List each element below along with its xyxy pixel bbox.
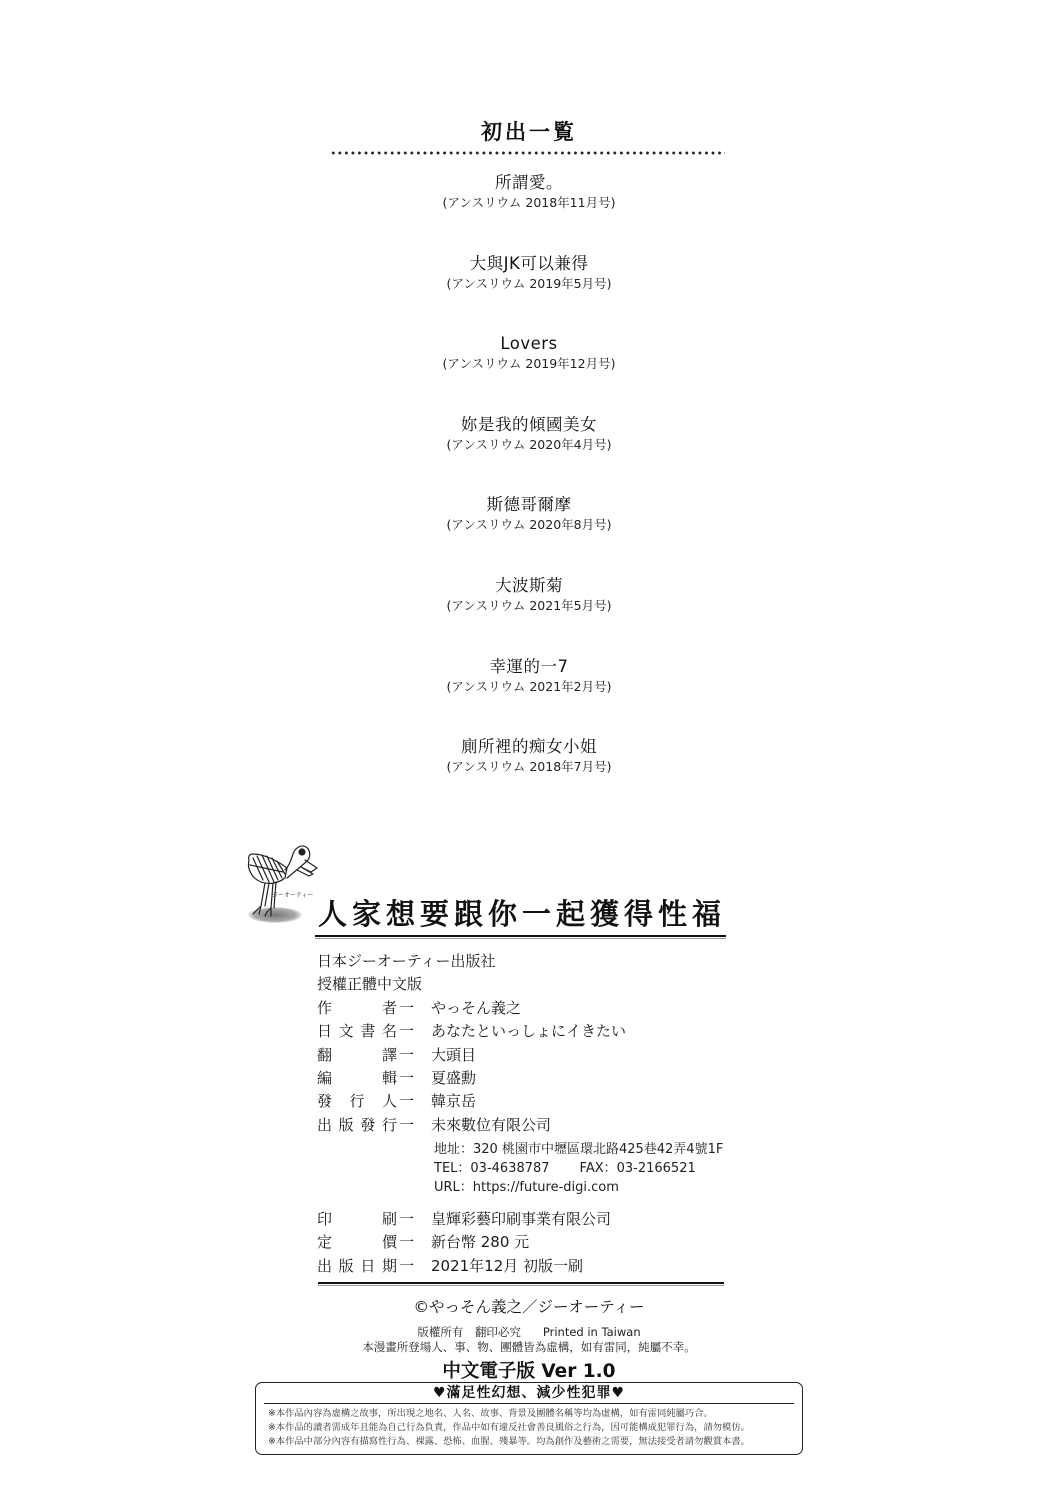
credit-label: 編輯 (317, 1067, 397, 1090)
credit-row: 日文書名一 あなたといっしょにイきたい (317, 1020, 626, 1043)
credit-label: 日文書名 (317, 1020, 397, 1043)
print-label: 定價 (317, 1231, 397, 1254)
story-source: (アンスリウム 2021年5月号) (0, 597, 1058, 614)
website-url: URL：https://future-digi.com (434, 1178, 723, 1197)
edition-version: 中文電子版 Ver 1.0 (0, 1357, 1058, 1383)
credit-value: やっそん義之 (431, 997, 521, 1020)
credit-row: 翻譯一 大頭目 (317, 1044, 626, 1067)
rights-block: 版權所有 翻印必究Printed in Taiwan 本漫畫所登場人、事、物、團… (0, 1325, 1058, 1355)
credit-dash: 一 (399, 1114, 414, 1137)
colophon-credits: 日本ジーオーティー出版社 授權正體中文版 作者一 やっそん義之 日文書名一 あな… (317, 950, 626, 1137)
print-row: 定價一 新台幣 280 元 (317, 1231, 611, 1254)
list-item: 妳是我的傾國美女 (アンスリウム 2020年4月号) (0, 414, 1058, 495)
list-item: 大與JK可以兼得 (アンスリウム 2019年5月号) (0, 253, 1058, 334)
list-item: 幸運的一7 (アンスリウム 2021年2月号) (0, 656, 1058, 737)
credit-row: 發行人一 韓京岳 (317, 1090, 626, 1113)
credit-dash: 一 (399, 997, 414, 1020)
story-title: 斯德哥爾摩 (0, 494, 1058, 516)
notice-lines: ※本作品內容為虛構之故事，所出現之地名、人名、故事、背景及團體名稱等均為虛構，如… (256, 1404, 802, 1449)
credit-label: 出版發行 (317, 1114, 397, 1137)
credit-dash: 一 (399, 1067, 414, 1090)
story-title: 所謂愛。 (0, 172, 1058, 194)
licensor-name: 日本ジーオーティー出版社 (317, 950, 496, 973)
credit-label: 翻譯 (317, 1044, 397, 1067)
credit-row: 編輯一 夏盛勳 (317, 1067, 626, 1090)
copyright-line: ©やっそん義之／ジーオーティー (0, 1295, 1058, 1317)
print-value: 皇輝彩藝印刷事業有限公司 (431, 1208, 611, 1231)
bird-logo-icon (243, 838, 323, 930)
print-info: 印刷一 皇輝彩藝印刷事業有限公司 定價一 新台幣 280 元 出版日期一 202… (317, 1208, 611, 1278)
credit-dash: 一 (399, 1044, 414, 1067)
credit-label: 發行人 (317, 1090, 397, 1113)
credit-value: あなたといっしょにイきたい (431, 1020, 626, 1043)
list-item: 廁所裡的痴女小姐 (アンスリウム 2018年7月号) (0, 736, 1058, 817)
fax: FAX：03-2166521 (580, 1161, 696, 1176)
print-value: 2021年12月 初版一刷 (431, 1255, 583, 1278)
rights-reserved: 版權所有 翻印必究 (417, 1325, 521, 1339)
credit-row: 作者一 やっそん義之 (317, 997, 626, 1020)
notice-heading: ♥滿足性幻想、減少性犯罪♥ (256, 1383, 802, 1403)
story-source: (アンスリウム 2018年11月号) (0, 194, 1058, 211)
title-underline (315, 935, 726, 939)
phone-fax-row: TEL：03-4638787FAX：03-2166521 (434, 1159, 723, 1178)
credit-dash: 一 (399, 1090, 414, 1113)
print-label: 出版日期 (317, 1255, 397, 1278)
logo-caption: ジーオーティー (272, 890, 313, 899)
publisher-contact: 地址：320 桃園市中壢區環北路425巷42弄4號1F TEL：03-46387… (434, 1140, 723, 1197)
content-notice-box: ♥滿足性幻想、減少性犯罪♥ ※本作品內容為虛構之故事，所出現之地名、人名、故事、… (255, 1382, 803, 1455)
story-source: (アンスリウム 2019年12月号) (0, 355, 1058, 372)
print-value: 新台幣 280 元 (431, 1231, 529, 1254)
license-type: 授權正體中文版 (317, 973, 422, 996)
print-dash: 一 (399, 1208, 414, 1231)
print-row: 出版日期一 2021年12月 初版一刷 (317, 1255, 611, 1278)
list-item: 斯德哥爾摩 (アンスリウム 2020年8月号) (0, 494, 1058, 575)
fiction-disclaimer: 本漫畫所登場人、事、物、團體皆為虛構，如有雷同，純屬不幸。 (0, 1340, 1058, 1355)
story-source: (アンスリウム 2019年5月号) (0, 275, 1058, 292)
print-row: 印刷一 皇輝彩藝印刷事業有限公司 (317, 1208, 611, 1231)
story-source: (アンスリウム 2020年4月号) (0, 436, 1058, 453)
licensor-line: 日本ジーオーティー出版社 (317, 950, 626, 973)
first-appearance-list: 所謂愛。 (アンスリウム 2018年11月号) 大與JK可以兼得 (アンスリウム… (0, 172, 1058, 817)
story-source: (アンスリウム 2018年7月号) (0, 758, 1058, 775)
story-title: 大波斯菊 (0, 575, 1058, 597)
list-item: 大波斯菊 (アンスリウム 2021年5月号) (0, 575, 1058, 656)
credit-label: 作者 (317, 997, 397, 1020)
address: 地址：320 桃園市中壢區環北路425巷42弄4號1F (434, 1140, 723, 1159)
print-dash: 一 (399, 1255, 414, 1278)
dotted-divider (330, 150, 725, 156)
list-item: Lovers (アンスリウム 2019年12月号) (0, 333, 1058, 414)
credit-value: 韓京岳 (431, 1090, 476, 1113)
story-title: 廁所裡的痴女小姐 (0, 736, 1058, 758)
credit-value: 未來數位有限公司 (431, 1114, 551, 1137)
story-title: 幸運的一7 (0, 656, 1058, 678)
notice-line: ※本作品中部分內容有描寫性行為、裸露、恐怖、血腥、殘暴等。均為創作及藝術之需要，… (268, 1435, 802, 1449)
story-title: 妳是我的傾國美女 (0, 414, 1058, 436)
colophon-bottom-rule (318, 1282, 724, 1286)
print-label: 印刷 (317, 1208, 397, 1231)
first-appearance-heading: 初出一覧 (0, 116, 1058, 146)
story-source: (アンスリウム 2020年8月号) (0, 516, 1058, 533)
story-title: 大與JK可以兼得 (0, 253, 1058, 275)
rights-line: 版權所有 翻印必究Printed in Taiwan (0, 1325, 1058, 1340)
list-item: 所謂愛。 (アンスリウム 2018年11月号) (0, 172, 1058, 253)
license-line: 授權正體中文版 (317, 973, 626, 996)
printed-in: Printed in Taiwan (543, 1325, 641, 1339)
credit-row: 出版發行一 未來數位有限公司 (317, 1114, 626, 1137)
book-title: 人家想要跟你一起獲得性福 (318, 892, 726, 933)
print-dash: 一 (399, 1231, 414, 1254)
credit-value: 大頭目 (431, 1044, 476, 1067)
credit-value: 夏盛勳 (431, 1067, 476, 1090)
story-title: Lovers (0, 333, 1058, 355)
notice-line: ※本作品的讀者需成年且能為自己行為負責，作品中如有違反社會善良風俗之行為，因可能… (268, 1421, 802, 1435)
credit-dash: 一 (399, 1020, 414, 1043)
story-source: (アンスリウム 2021年2月号) (0, 678, 1058, 695)
notice-line: ※本作品內容為虛構之故事，所出現之地名、人名、故事、背景及團體名稱等均為虛構，如… (268, 1407, 802, 1421)
telephone: TEL：03-4638787 (434, 1161, 550, 1176)
